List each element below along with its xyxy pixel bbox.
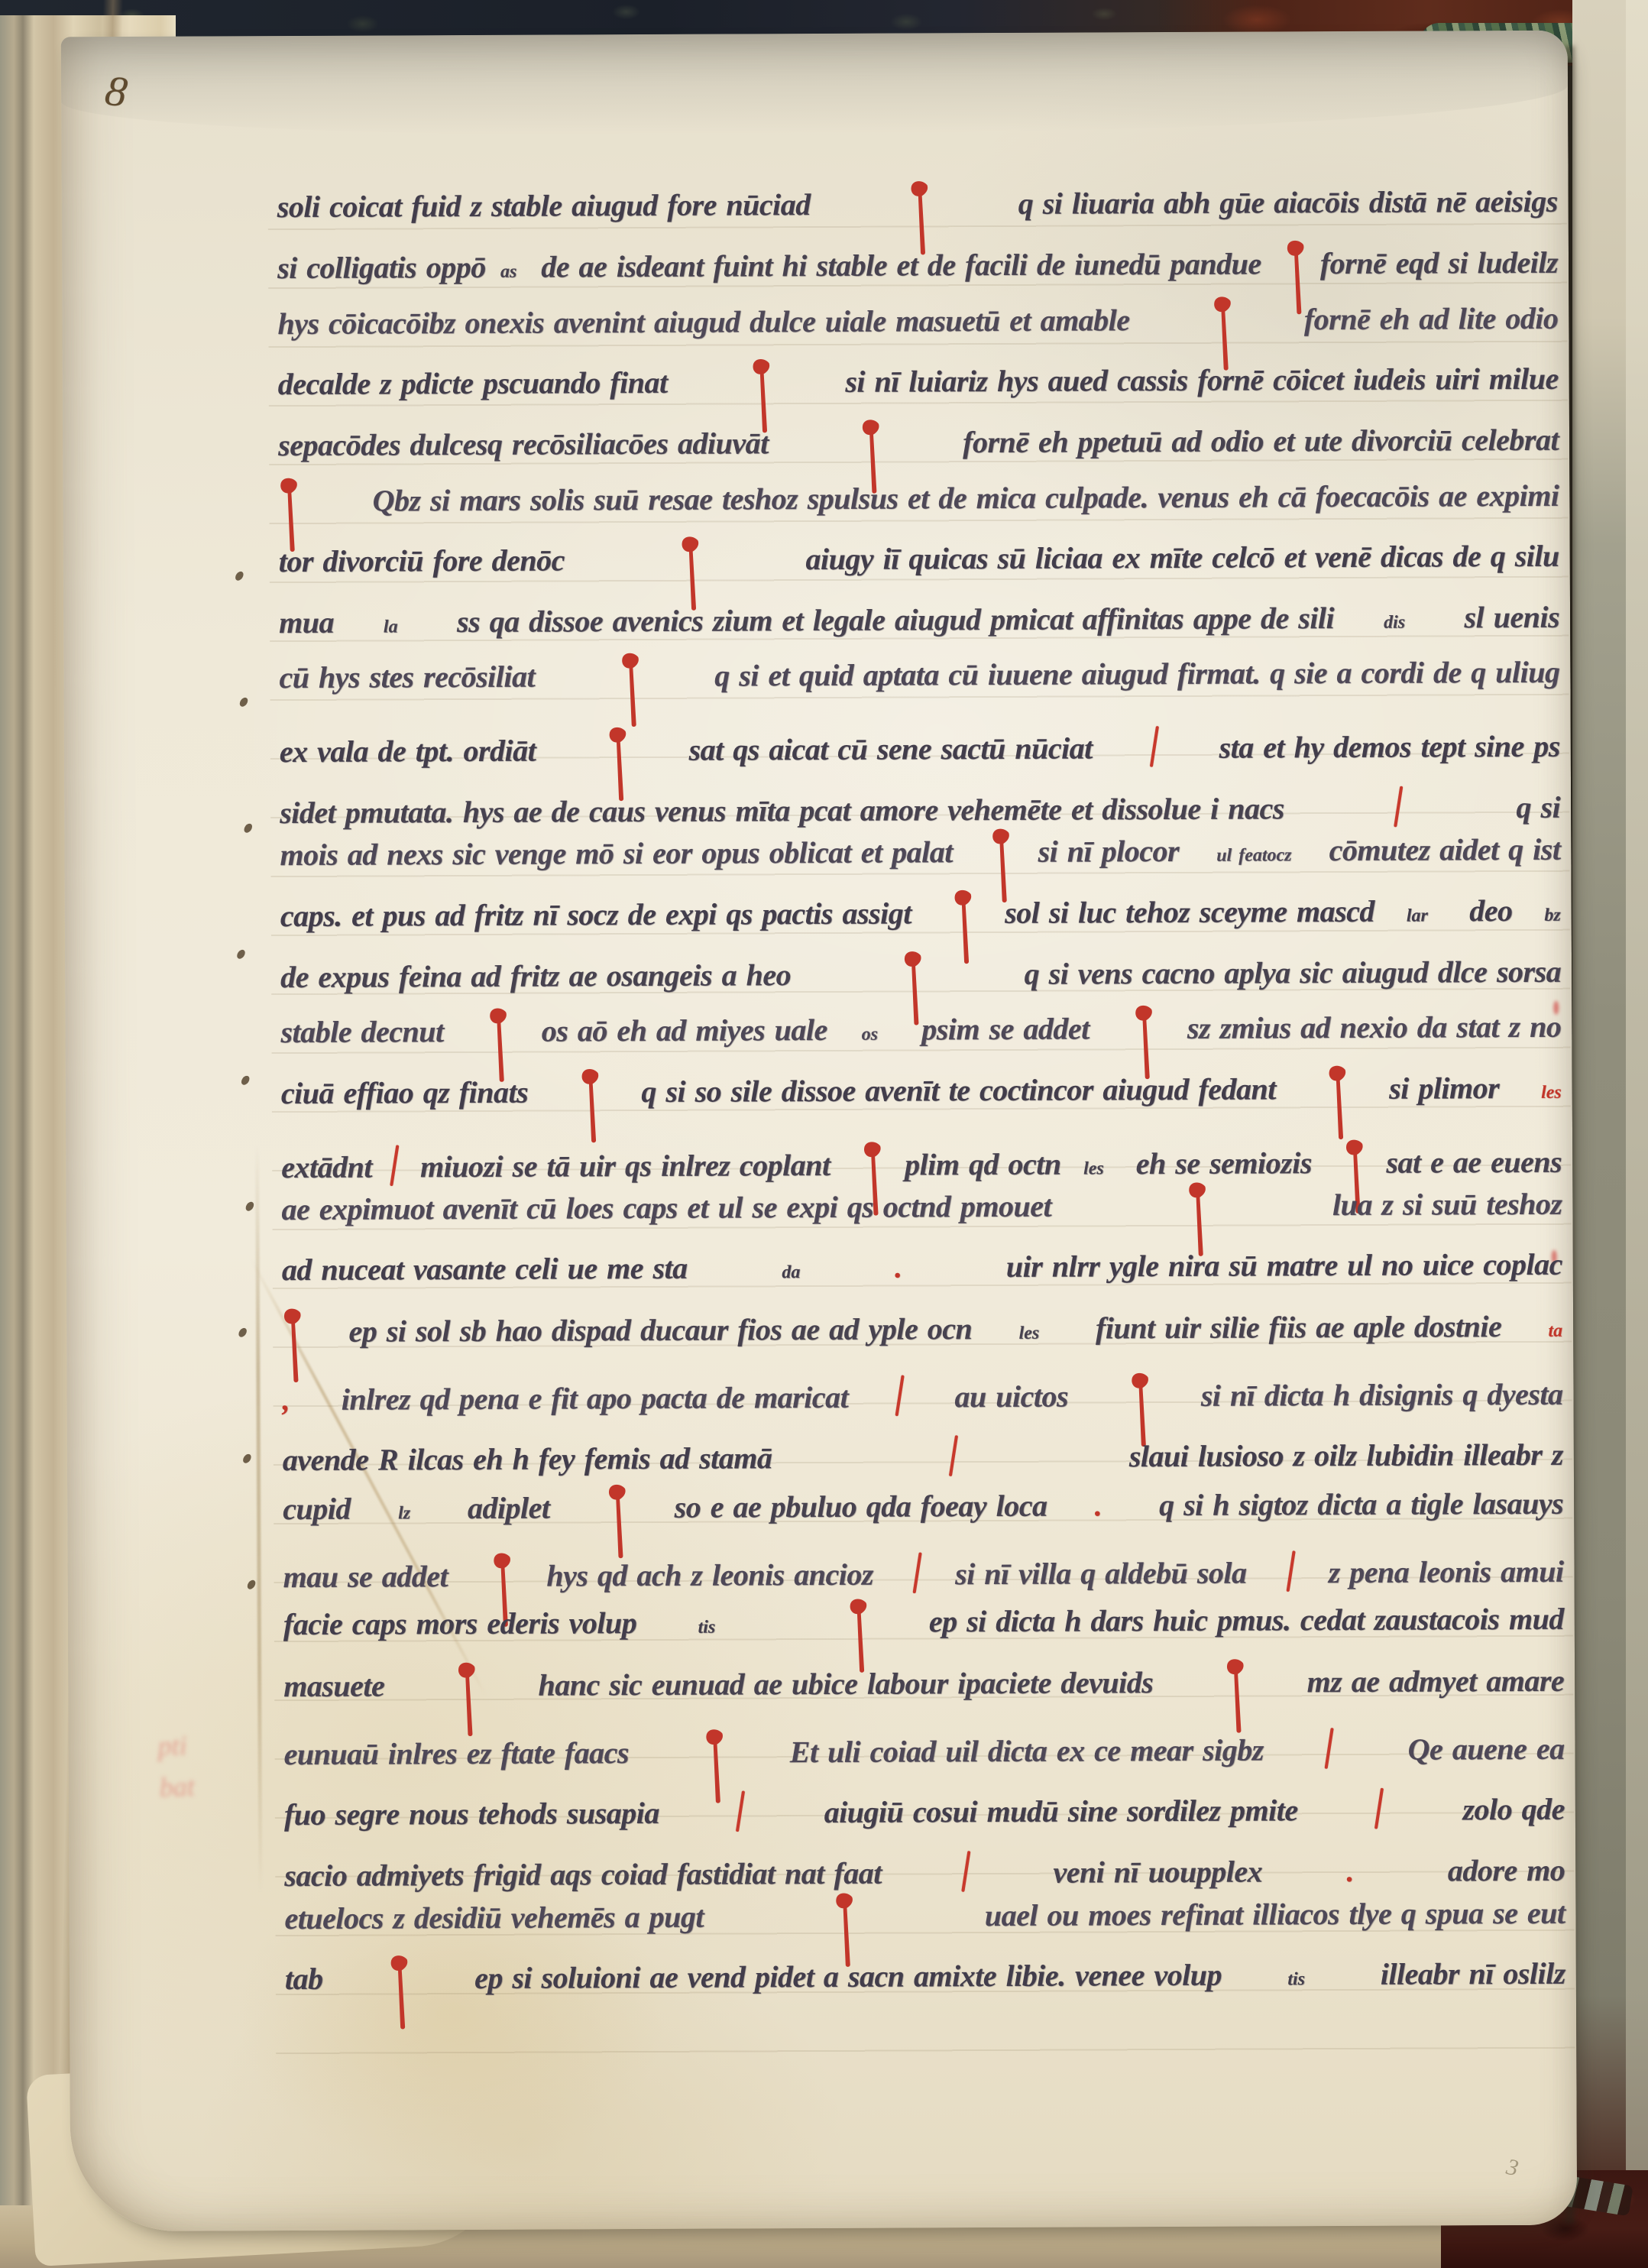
text-line: ae expimuot avenīt cū loes caps et ul se… — [281, 1186, 1562, 1239]
text-line: decalde z pdicte pscuando finat si nī lu… — [278, 361, 1559, 413]
body-text: cōmutez aidet q ist — [1319, 831, 1561, 868]
body-text: lua z si suū teshoz — [1332, 1186, 1562, 1223]
body-text — [776, 1604, 786, 1640]
body-text: si plimor — [1389, 1070, 1499, 1106]
body-text: eh se semiozis — [1126, 1145, 1321, 1181]
body-text: sl uenis — [1455, 599, 1559, 636]
body-text: slaui lusioso z oilz lubidin illeabr z — [1129, 1437, 1563, 1474]
body-text: de expus feina ad fritz ae osangeis a he… — [280, 957, 801, 995]
body-text: sz zmius ad nexio da stat z no — [1187, 1009, 1562, 1046]
body-text: ep si sol sb hao dispad ducaur fios ae a… — [348, 1311, 972, 1349]
body-text: miuozi se tā uir qs inlrez coplant — [420, 1147, 840, 1184]
text-line: ciuā effiao qz finats q si so sile disso… — [281, 1070, 1562, 1123]
pricking-dot — [242, 822, 254, 834]
photograph-of-manuscript: { "page": { "folio_number": "8", "corner… — [0, 0, 1648, 2268]
text-line: caps. et pus ad fritz nī socz de expi qs… — [280, 893, 1561, 945]
body-text: veni nī uoupplex — [1053, 1853, 1262, 1890]
text-line: mois ad nexs sic venge mō si eor opus ob… — [280, 831, 1560, 884]
body-text: adore mo — [1438, 1852, 1565, 1889]
body-text: q si — [1516, 789, 1560, 825]
body-text: adiplet — [458, 1489, 559, 1526]
body-text: avende R ilcas eh h fey femis ad stamā — [283, 1440, 782, 1478]
body-text: zolo qde — [1462, 1791, 1565, 1828]
body-text: q si et quid aptata cū iuuene aiugud fir… — [714, 654, 1559, 694]
body-text: les — [1018, 1324, 1039, 1344]
rubric-text: . — [895, 1249, 902, 1285]
body-text: uael ou moes refinat illiacos tlye q spu… — [985, 1895, 1565, 1933]
body-text: mois ad nexs sic venge mō si eor opus ob… — [280, 834, 962, 873]
rubric-text: . — [1095, 1487, 1102, 1523]
rubric-text: , — [282, 1382, 290, 1417]
body-text: hanc sic eunuad ae ubice labour ipaciete… — [538, 1664, 1162, 1703]
rubric-stroke-icon — [1325, 1728, 1334, 1769]
pricking-dot — [234, 570, 245, 582]
rubric-stroke-icon — [913, 1552, 922, 1593]
body-text: au uictos — [954, 1379, 1077, 1415]
rubric-stroke-icon — [961, 1851, 970, 1892]
body-text: si nī luiariz hys aued cassis fornē cōic… — [845, 361, 1559, 400]
body-text: fiunt uir silie fiis ae aple dostnie — [1086, 1308, 1501, 1346]
body-text: stable decnut — [280, 1013, 453, 1050]
rubric-text: ta — [1548, 1321, 1562, 1342]
margin-note-word: bat — [159, 1763, 275, 1809]
text-line: tabep si soluioni ae vend pidet a sacn a… — [285, 1955, 1565, 2008]
text-block: soli coicat fuid z stable aiugud fore nū… — [277, 183, 1566, 2069]
body-text: q si h sigtoz dicta a tigle lasauys — [1149, 1486, 1563, 1523]
margin-note-word: pti — [157, 1722, 274, 1767]
body-text: dis — [1384, 613, 1405, 633]
text-line: fuo segre nous tehods susapiaaiugiū cosu… — [284, 1778, 1565, 1831]
body-text: masuete — [283, 1667, 394, 1704]
rubric-stroke-icon — [1286, 1550, 1295, 1592]
body-text: os — [862, 1025, 878, 1045]
body-text: tis — [1287, 1969, 1305, 1990]
text-line: extādntmiuozi se tā uir qs inlrez coplan… — [281, 1131, 1562, 1184]
body-text: Qbz si mars solis suū resae teshoz spuls… — [372, 478, 1559, 519]
body-text: tis — [698, 1618, 716, 1638]
body-text: sidet pmutata. hys ae de caus venus mīta… — [280, 790, 1284, 831]
text-line: muala ss qa dissoe avenics zium et legal… — [279, 599, 1559, 652]
body-text: Et uli coiad uil dicta ex ce mear sigbz — [790, 1732, 1264, 1770]
text-line: cū hys stes recōsiliat q si et quid apta… — [279, 654, 1559, 707]
body-text: ep si dicta h dars huic pmus. cedat zaus… — [929, 1601, 1564, 1640]
body-text: ul featocz — [1216, 845, 1291, 866]
body-text: lar — [1407, 906, 1428, 927]
pricking-dot — [238, 696, 250, 708]
body-text: ciuā effiao qz finats — [281, 1074, 538, 1111]
text-line: ad nuceat vasante celi ue me stada. uir … — [282, 1246, 1562, 1299]
body-text: z pena leonis amui — [1329, 1554, 1564, 1590]
text-line: sidet pmutata. hys ae de caus venus mīta… — [280, 776, 1560, 829]
body-text: cū hys stes recōsiliat — [279, 659, 544, 696]
text-line: eunuaū inlres ez ftate faacs Et uli coia… — [283, 1718, 1564, 1771]
text-line: si colligatis oppōas de ae isdeant fuint… — [277, 245, 1558, 297]
body-text: q si vens cacno aplya sic aiugud dlce so… — [1025, 954, 1562, 992]
body-text: aiugiū cosui mudū sine sordilez pmite — [824, 1792, 1298, 1830]
body-text: inlrez qd pena e fit apo pacta de marica… — [342, 1379, 849, 1417]
body-text: ex vala de tpt. ordiāt — [280, 733, 546, 770]
body-text: fornē eh ad lite odio — [1304, 300, 1559, 337]
text-line: ex vala de tpt. ordiāt sat qs aicat cū s… — [280, 715, 1560, 768]
text-line: etuelocs z desidiū vehemēs a pugtuael ou… — [284, 1895, 1565, 1948]
rubric-stroke-icon — [1374, 1788, 1384, 1829]
rubric-stroke-icon — [949, 1435, 958, 1476]
body-text: facie caps mors ederis volup — [283, 1605, 637, 1642]
pricking-dot — [246, 1579, 257, 1591]
body-text: q si so sile dissoe avenīt te coctincor … — [641, 1071, 1285, 1110]
text-line: de expus feina ad fritz ae osangeis a he… — [280, 954, 1561, 1006]
body-text: la — [384, 617, 398, 637]
body-text: ss qa dissoe avenics zium et legale aiug… — [447, 600, 1334, 640]
body-text: cupid — [283, 1491, 351, 1527]
body-text: da — [782, 1262, 800, 1283]
text-line: avende R ilcas eh h fey femis ad stamā s… — [283, 1424, 1563, 1476]
body-text: soli coicat fuid z stable aiugud fore nū… — [277, 186, 821, 225]
text-line: masuete hanc sic eunuad ae ubice labour … — [283, 1663, 1564, 1716]
body-text: so e ae pbuluo qda foeay loca — [674, 1488, 1047, 1525]
text-line: ep si sol sb hao dispad ducaur fios ae a… — [282, 1308, 1562, 1361]
body-text: sepacōdes dulcesq recōsiliacōes adiuvāt — [278, 425, 778, 463]
pricking-dot — [241, 1453, 253, 1465]
top-margin-stain — [61, 31, 1569, 137]
body-text: si nī plocor — [1038, 833, 1188, 870]
text-line: soli coicat fuid z stable aiugud fore nū… — [277, 183, 1558, 236]
body-text: tab — [285, 1961, 323, 1997]
body-text: plim qd octn — [905, 1146, 1061, 1183]
body-text: lz — [398, 1503, 410, 1524]
body-text: q si liuaria abh gūe aiacōis distā nē ae… — [1018, 183, 1558, 222]
body-text: sacio admiyets frigid aqs coiad fastidia… — [284, 1855, 882, 1894]
body-text: hys qd ach z leonis ancioz — [546, 1557, 882, 1594]
pricking-dot — [244, 1200, 256, 1213]
body-text: ae expimuot avenīt cū loes caps et ul se… — [281, 1188, 1060, 1227]
faded-margin-note: ptibat — [157, 1722, 275, 1809]
text-line: tor divorciū fore denōc aiugy iī quicas … — [279, 538, 1559, 591]
rubric-stroke-icon — [1150, 726, 1159, 767]
body-text: aiugy iī quicas sū liciaa ex mīte celcō … — [805, 538, 1559, 577]
text-line: stable decnut os aō eh ad miyes ualeos p… — [280, 1009, 1561, 1061]
body-text: eunuaū inlres ez ftate faacs — [283, 1735, 638, 1772]
body-text: si nī dicta h disignis q dyesta — [1201, 1376, 1563, 1414]
rubric-stroke-icon — [736, 1790, 745, 1832]
body-text: etuelocs z desidiū vehemēs a pugt — [284, 1899, 704, 1936]
body-text: sta et hy demos tept sine ps — [1219, 728, 1559, 766]
body-text: decalde z pdicte pscuando finat — [278, 364, 677, 402]
body-text: as — [500, 262, 516, 283]
body-text: fuo segre nous tehods susapia — [284, 1795, 659, 1832]
rubric-text: les — [1541, 1083, 1562, 1103]
pricking-dot — [235, 948, 247, 961]
body-text: Qe auene ea — [1398, 1731, 1565, 1767]
body-text: sat qs aicat cū sene sactū nūciat — [688, 730, 1092, 767]
text-line: facie caps mors ederis voluptis ep si di… — [283, 1601, 1564, 1654]
body-text: bz — [1544, 906, 1560, 926]
body-text: caps. et pus ad fritz nī socz de expi qs… — [280, 895, 921, 934]
body-text: extādnt — [281, 1149, 372, 1186]
rubric-stroke-icon — [390, 1145, 399, 1186]
pricking-dot — [240, 1074, 251, 1087]
body-text: deo — [1460, 893, 1513, 928]
text-line: sepacōdes dulcesq recōsiliacōes adiuvāt … — [278, 422, 1559, 475]
text-line: mau se addet hys qd ach z leonis ancioz … — [283, 1541, 1563, 1593]
body-text: mz ae admyet amare — [1306, 1663, 1564, 1699]
body-text: uir nlrr ygle nira sū matre ul no uice c… — [996, 1246, 1562, 1285]
body-text: mau se addet — [283, 1558, 457, 1595]
corner-quire-mark: 3 — [1504, 2154, 1521, 2182]
body-text: tor divorciū fore denōc — [279, 542, 575, 579]
text-line: Qbz si mars solis suū resae teshoz spuls… — [278, 478, 1559, 530]
body-text: ep si soluioni ae vend pidet a sacn amix… — [474, 1957, 1222, 1996]
body-text: os aō eh ad miyes uale — [542, 1012, 827, 1049]
body-text: psim se addet — [912, 1010, 1099, 1047]
rubric-stroke-icon — [895, 1375, 905, 1416]
body-text: si nī villa q aldebū sola — [955, 1555, 1256, 1592]
body-text: hys cōicacōibz onexis avenint aiugud dul… — [277, 302, 1139, 342]
body-text: sol si luc tehoz sceyme mascd — [1005, 893, 1374, 931]
manuscript-page: 8 ptibat soli coicat fuid z stable aiugu… — [61, 31, 1578, 2232]
text-line: cupidlz adiplet so e ae pbuluo qda foeay… — [283, 1486, 1563, 1538]
rubric-stroke-icon — [1394, 786, 1404, 828]
body-text: ad nuceat vasante celi ue me sta — [282, 1250, 688, 1288]
body-text: fornē eh ppetuū ad odio et ute divorciū … — [963, 422, 1559, 460]
body-text: de ae isdeant fuint hi stable et de faci… — [532, 245, 1271, 284]
body-text: mua — [279, 604, 334, 640]
text-line: hys cōicacōibz onexis avenint aiugud dul… — [277, 300, 1558, 353]
pricking-dot — [237, 1327, 248, 1339]
body-text: si colligatis oppō — [277, 249, 486, 286]
body-text: illeabr nī oslilz — [1371, 1955, 1565, 1992]
text-line: sacio admiyets frigid aqs coiad fastidia… — [284, 1839, 1565, 1892]
body-text: les — [1083, 1158, 1104, 1179]
text-line: ,inlrez qd pena e fit apo pacta de maric… — [282, 1363, 1562, 1416]
body-text: fornē eqd si ludeilz — [1320, 245, 1558, 281]
rubric-text: . — [1346, 1853, 1354, 1889]
body-text: sat e ae euens — [1386, 1144, 1562, 1181]
right-page-edge-highlight — [1626, 0, 1648, 2268]
